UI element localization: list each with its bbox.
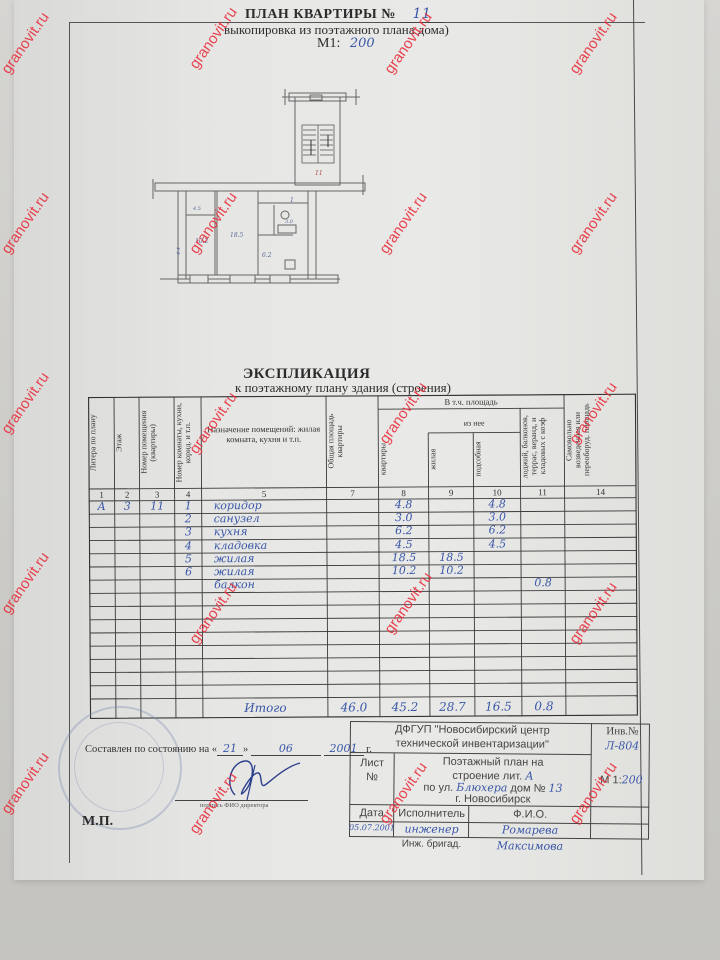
brigade-name: Максимова	[469, 839, 591, 853]
plan-title-text: ПЛАН КВАРТИРЫ №	[245, 7, 396, 22]
totals-value: 45.2	[380, 700, 430, 714]
room-purpose: жилая	[214, 565, 331, 579]
table-cell: 10.2	[433, 564, 470, 577]
official-stamp	[58, 706, 182, 830]
table-cell: 6	[179, 565, 198, 578]
totals-value: 16.5	[475, 699, 522, 713]
table-cell: 11	[144, 499, 171, 512]
column-header: Общая площадь квартиры	[327, 399, 378, 483]
table-cell: 4	[179, 539, 198, 552]
column-header: Литера по плану	[89, 401, 114, 485]
column-number: 9	[429, 488, 474, 498]
svg-text:11: 11	[315, 170, 323, 177]
totals-value: 46.0	[328, 700, 380, 714]
subgroup-header: из нее	[428, 418, 520, 428]
city: г. Новосибирск	[394, 792, 591, 806]
table-cell: 1	[179, 499, 198, 512]
table-cell: 0.8	[525, 576, 561, 589]
table-cell: А	[93, 500, 111, 513]
column-number: 8	[379, 488, 429, 498]
column-number: 4	[175, 489, 202, 499]
scale-label: М1:	[317, 36, 340, 51]
table-cell: 6.2	[478, 524, 517, 537]
table-cell: 18.5	[433, 550, 470, 563]
table-cell: 5	[179, 552, 198, 565]
column-header: подсобная	[474, 434, 519, 482]
table-cell: 3	[119, 500, 136, 513]
totals-value: 0.8	[522, 699, 566, 713]
column-number: 11	[521, 487, 565, 497]
floor-plan-svg: 11 1 10.2 18.5 6.2 4.5 3.0 4.4	[150, 75, 400, 285]
executor-label: Исполнитель	[394, 807, 469, 820]
table-cell: 4.5	[478, 537, 517, 550]
column-header-purpose: Назначение помещений: жилая комната, кух…	[207, 424, 320, 445]
table-cell: 18.5	[383, 551, 425, 564]
column-header: лоджий, балконов, террас, веранд, и клад…	[521, 410, 563, 482]
sheet-number-label: №	[349, 771, 394, 783]
table-cell: 6.2	[383, 524, 425, 537]
svg-text:4.5: 4.5	[192, 206, 201, 212]
column-header: Номер помещения (квартиры)	[140, 400, 174, 484]
svg-text:6.2: 6.2	[262, 252, 272, 259]
explication-table: Литера по плану1Этаж2Номер помещения (кв…	[88, 394, 638, 699]
executor-name: Ромарева	[469, 823, 591, 837]
column-header: Этаж	[115, 401, 139, 485]
org-name-line2: технической инвентаризации"	[360, 737, 585, 751]
column-number: 1	[89, 490, 115, 500]
room-purpose: кладовка	[214, 538, 331, 552]
column-header: жилая	[429, 435, 472, 483]
title-scale-value: 200	[622, 773, 643, 786]
column-number: 2	[115, 490, 140, 500]
svg-text:4.4: 4.4	[176, 247, 182, 256]
brigade-label: Инж. бригад.	[394, 838, 469, 850]
table-cell: 2	[179, 513, 198, 526]
plan-scale: М1: 200	[317, 36, 375, 52]
table-cell: 4.5	[383, 538, 425, 551]
column-number: 14	[565, 487, 637, 497]
table-cell: 3.0	[478, 511, 517, 524]
room-purpose: кухня	[214, 525, 331, 539]
scale-value: 200	[350, 36, 375, 51]
compiled-date: Составлен по состоянию на «21» 06 2001 г…	[85, 742, 372, 756]
svg-text:18.5: 18.5	[230, 232, 244, 239]
room-purpose: жилая	[214, 551, 331, 565]
compiled-month: 06	[251, 742, 321, 756]
room-purpose: коридор	[214, 499, 331, 513]
svg-text:3.0: 3.0	[285, 219, 294, 225]
org-name-line1: ДФГУП "Новосибирский центр	[360, 723, 585, 737]
inv-value: Л-804	[595, 739, 650, 752]
column-number: 3	[140, 489, 175, 499]
signature-line	[175, 800, 308, 801]
executor-role: инженер	[394, 822, 469, 836]
column-number: 10	[474, 487, 521, 497]
room-purpose: санузел	[214, 512, 331, 526]
table-cell: 4.8	[383, 498, 425, 511]
totals-label: Итого	[203, 701, 328, 716]
compiled-day: 21	[217, 742, 243, 756]
svg-text:1: 1	[290, 197, 294, 204]
table-cell: 4.8	[478, 497, 517, 510]
sheet-label: Лист	[350, 757, 395, 769]
table-cell: 3	[179, 526, 198, 539]
stamp-placeholder: М.П.	[82, 814, 113, 830]
compiled-label: Составлен по состоянию на	[85, 744, 209, 755]
table-cell: 3.0	[383, 511, 425, 524]
floor-plan-drawing: 11 1 10.2 18.5 6.2 4.5 3.0 4.4	[150, 75, 400, 285]
totals-value: 28.7	[430, 700, 475, 714]
inv-label: Инв.№	[595, 725, 650, 737]
column-number: 7	[327, 488, 379, 498]
